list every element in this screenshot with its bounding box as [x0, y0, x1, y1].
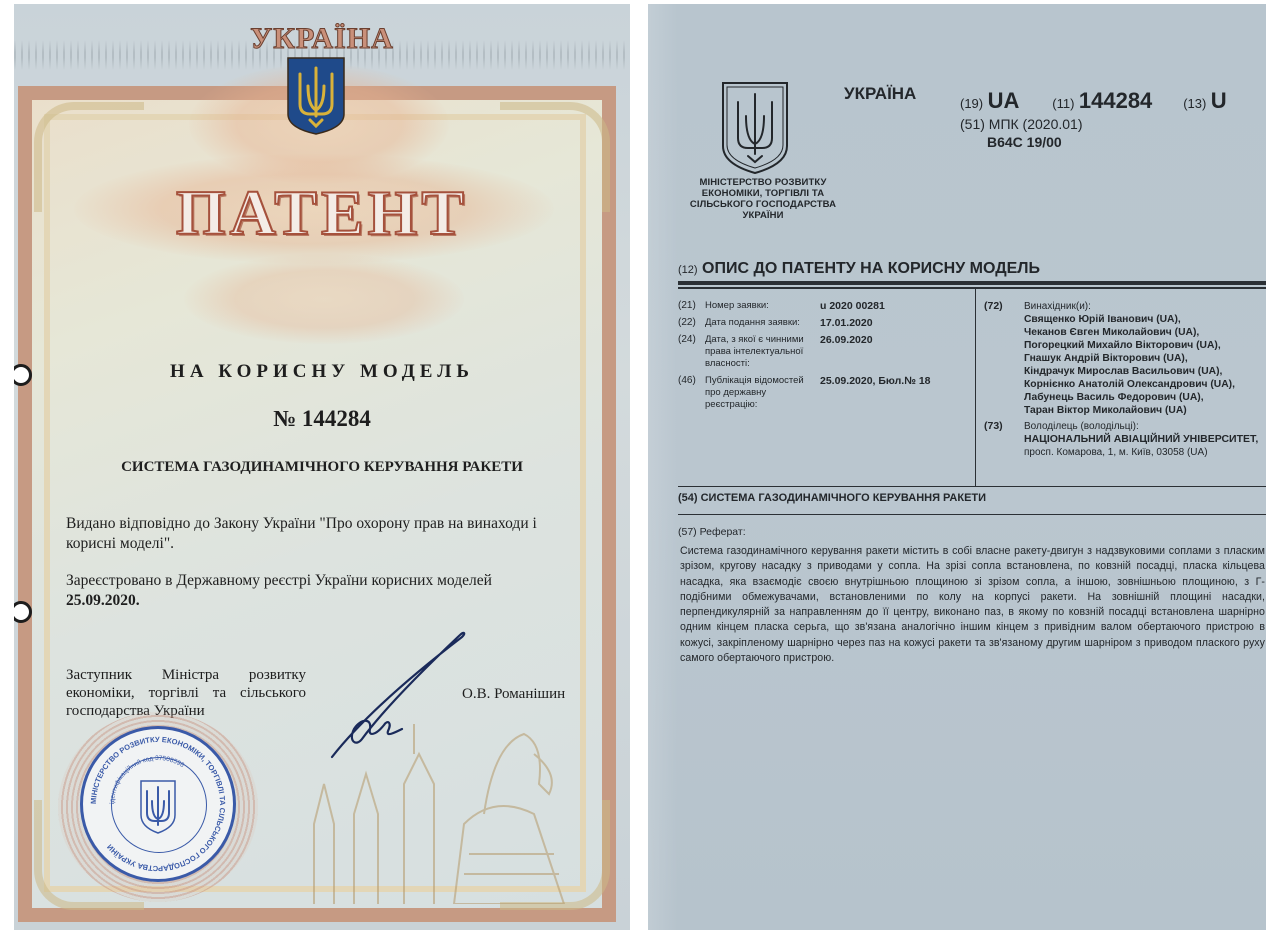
- bib-value: 25.09.2020, Бюл.№ 18: [820, 375, 931, 411]
- bib-code: (46): [678, 375, 705, 411]
- inventors-owner-column: (72) Винахідник(и): Священко Юрій Іванов…: [984, 300, 1264, 461]
- inventor: Чеканов Євген Миколайович (UA),: [1024, 326, 1235, 339]
- ipc-classification: (51) МПК (2020.01) B64C 19/00: [960, 115, 1083, 151]
- invention-title: (54) СИСТЕМА ГАЗОДИНАМІЧНОГО КЕРУВАННЯ Р…: [678, 492, 986, 504]
- heading-code: (12): [678, 264, 698, 276]
- patent-number: № 144284: [14, 406, 630, 432]
- bib-row: (24) Дата, з якої є чинними права інтеле…: [678, 334, 973, 370]
- owner-code: (73): [984, 420, 1024, 459]
- owner-address: просп. Комарова, 1, м. Київ, 03058 (UA): [1024, 447, 1208, 458]
- issued-statement: Видано відповідно до Закону України "Про…: [66, 514, 566, 554]
- owner-label: Володілець (володільці):: [1024, 421, 1139, 432]
- inventors-code: (72): [984, 300, 1024, 417]
- signature: [314, 629, 474, 769]
- ipc-class: B64C 19/00: [960, 133, 1083, 151]
- abstract-label: (57) Реферат:: [678, 526, 746, 538]
- bib-row: (46) Публікація відомостей про державну …: [678, 375, 973, 411]
- bib-label: Дата подання заявки:: [705, 317, 820, 329]
- code-19-label: (19): [960, 96, 983, 111]
- column-divider: [975, 289, 976, 486]
- page-shadow: [648, 4, 678, 930]
- owner-block: (73) Володілець (володільці): НАЦІОНАЛЬН…: [984, 420, 1264, 459]
- inventor: Священко Юрій Іванович (UA),: [1024, 313, 1235, 326]
- inventor: Погорецкий Михайло Вікторович (UA),: [1024, 339, 1235, 352]
- abstract-text: Система газодинамічного керування ракети…: [680, 544, 1265, 666]
- inventors-label: Винахідник(и):: [1024, 301, 1091, 312]
- country-title: УКРАЇНА: [14, 22, 630, 56]
- bib-value: 17.01.2020: [820, 317, 873, 329]
- bibliographic-data: (21) Номер заявки: u 2020 00281 (22) Дат…: [678, 300, 973, 416]
- utility-model-title: СИСТЕМА ГАЗОДИНАМІЧНОГО КЕРУВАННЯ РАКЕТИ: [14, 459, 630, 476]
- inventor: Лабунець Василь Федорович (UA),: [1024, 391, 1235, 404]
- ministry-name: МІНІСТЕРСТВО РОЗВИТКУ ЕКОНОМІКИ, ТОРГІВЛ…: [678, 177, 848, 221]
- guilloche-rosette: [184, 254, 464, 344]
- code-11-label: (11): [1052, 96, 1074, 111]
- bib-value: 26.09.2020: [820, 334, 873, 370]
- registration-text: Зареєстровано в Державному реєстрі Украї…: [66, 572, 492, 589]
- bib-label: Дата, з якої є чинними права інтелектуал…: [705, 334, 820, 370]
- document-kind-code: U: [1211, 88, 1227, 113]
- ipc-label: (51) МПК (2020.01): [960, 116, 1083, 132]
- registration-statement: Зареєстровано в Державному реєстрі Украї…: [66, 571, 566, 611]
- bib-label: Номер заявки:: [705, 300, 820, 312]
- country-code: UA: [988, 88, 1020, 113]
- patent-certificate-photo: УКРАЇНА ПАТЕНТ НА КОРИСНУ МОДЕЛЬ № 14428…: [14, 4, 630, 930]
- document-type-title: ПАТЕНТ: [14, 176, 630, 250]
- divider: [678, 514, 1266, 515]
- bib-row: (22) Дата подання заявки: 17.01.2020: [678, 317, 973, 329]
- bib-code: (22): [678, 317, 705, 329]
- certificate-subtitle: НА КОРИСНУ МОДЕЛЬ: [14, 361, 630, 383]
- inventor: Гнашук Андрій Вікторович (UA),: [1024, 352, 1235, 365]
- seal-emblem-icon: МІНІСТЕРСТВО РОЗВИТКУ ЕКОНОМІКИ, ТОРГІВЛ…: [83, 729, 233, 879]
- bib-code: (21): [678, 300, 705, 312]
- country-label: УКРАЇНА: [844, 84, 916, 104]
- inventor: Кіндрачук Мирослав Васильович (UA),: [1024, 365, 1235, 378]
- bib-value: u 2020 00281: [820, 300, 885, 312]
- official-seal: МІНІСТЕРСТВО РОЗВИТКУ ЕКОНОМІКИ, ТОРГІВЛ…: [58, 712, 258, 902]
- divider: [678, 486, 1266, 487]
- patent-number-code: 144284: [1079, 88, 1152, 113]
- owner-name: НАЦІОНАЛЬНИЙ АВІАЦІЙНИЙ УНІВЕРСИТЕТ,: [1024, 433, 1258, 446]
- registration-date: 25.09.2020.: [66, 592, 140, 609]
- heading-text: ОПИС ДО ПАТЕНТУ НА КОРИСНУ МОДЕЛЬ: [702, 260, 1040, 277]
- seal-stamp: МІНІСТЕРСТВО РОЗВИТКУ ЕКОНОМІКИ, ТОРГІВЛ…: [80, 726, 236, 882]
- inventors-block: (72) Винахідник(и): Священко Юрій Іванов…: [984, 300, 1264, 417]
- coat-of-arms-icon: [286, 56, 346, 136]
- inventor: Корнієнко Анатолій Олександрович (UA),: [1024, 378, 1235, 391]
- divider: [678, 281, 1266, 285]
- signer-name: О.В. Романішин: [462, 686, 565, 703]
- trident-emblem-icon: [720, 80, 790, 176]
- patent-description-photo: МІНІСТЕРСТВО РОЗВИТКУ ЕКОНОМІКИ, ТОРГІВЛ…: [648, 4, 1266, 930]
- description-heading: (12) ОПИС ДО ПАТЕНТУ НА КОРИСНУ МОДЕЛЬ: [678, 260, 1040, 278]
- bib-code: (24): [678, 334, 705, 370]
- divider: [678, 287, 1266, 289]
- bib-row: (21) Номер заявки: u 2020 00281: [678, 300, 973, 312]
- document-codes: (19) UA (11) 144284 (13) U: [960, 88, 1227, 114]
- bib-label: Публікація відомостей про державну реєст…: [705, 375, 820, 411]
- code-13-label: (13): [1183, 96, 1206, 111]
- inventor: Таран Віктор Миколайович (UA): [1024, 404, 1235, 417]
